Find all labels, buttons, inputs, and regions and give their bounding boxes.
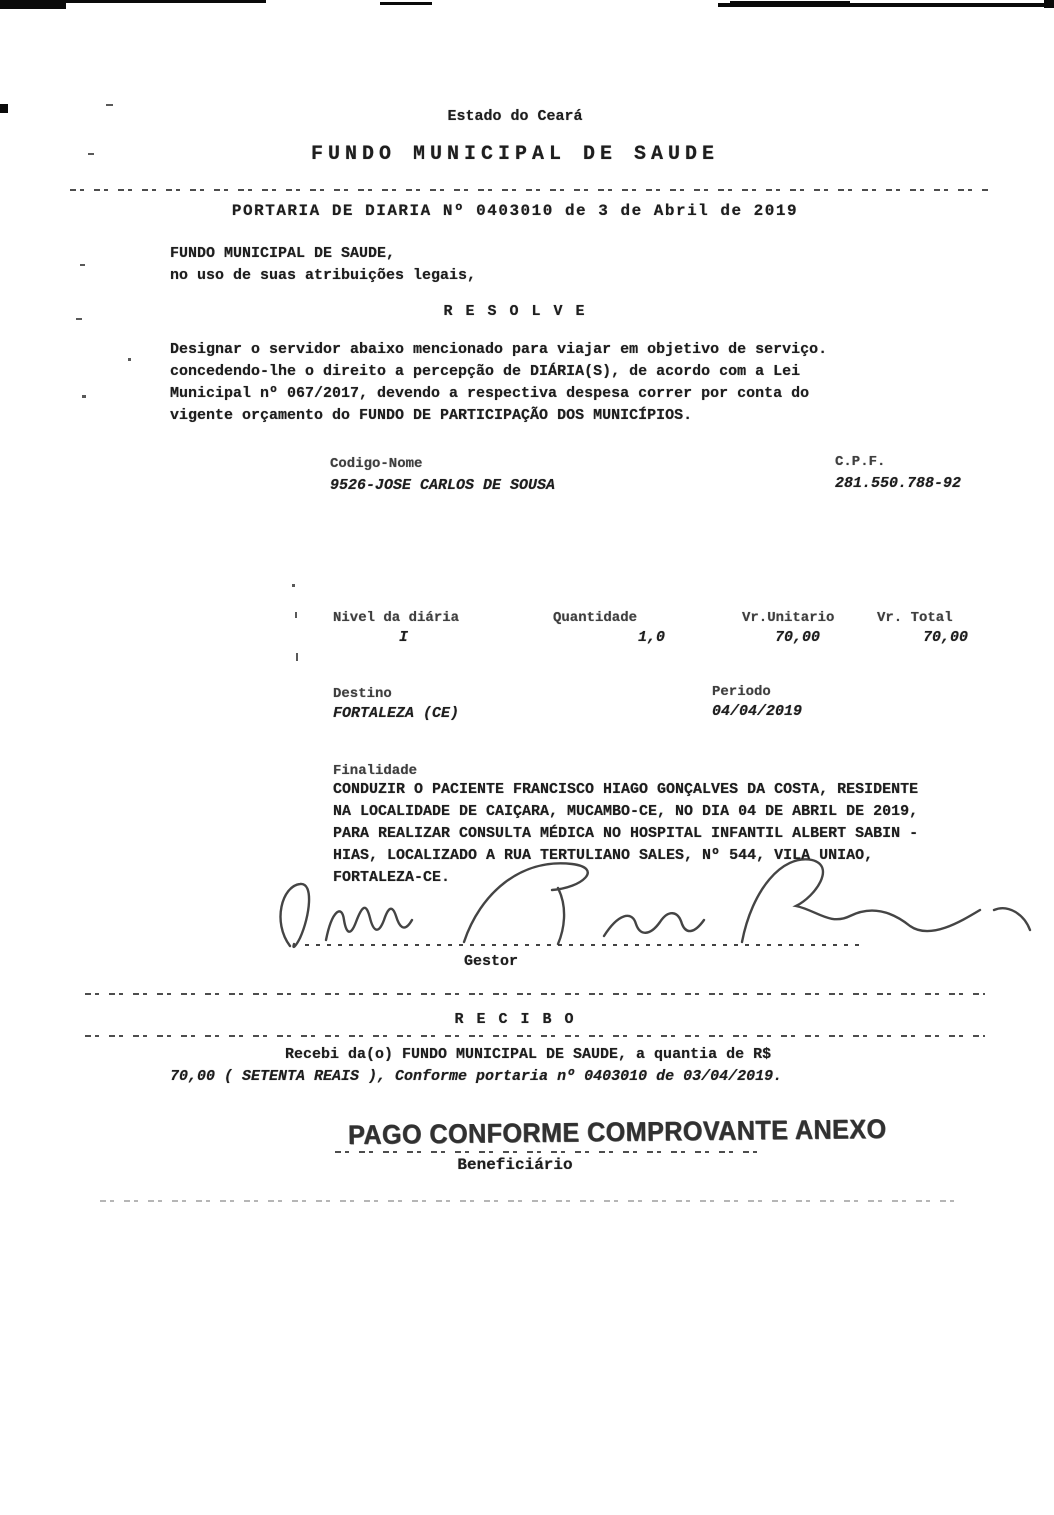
cpf-label: C.P.F. — [835, 454, 885, 471]
resolution-line: Designar o servidor abaixo mencionado pa… — [170, 341, 827, 358]
cpf-value: 281.550.788-92 — [835, 475, 961, 492]
scan-speck — [128, 358, 131, 361]
scan-artifact-top-left-block — [0, 0, 66, 9]
beneficiary-signature-line — [335, 1151, 757, 1153]
recibo-heading: R E C I B O — [0, 1011, 1030, 1028]
scan-artifact-top-line-2 — [380, 2, 432, 5]
paid-stamp: PAGO CONFORME COMPROVANTE ANEXO — [348, 1114, 887, 1151]
period-label: Periodo — [712, 684, 771, 701]
preamble-org-line: FUNDO MUNICIPAL DE SAUDE, — [170, 245, 395, 262]
destination-label: Destino — [333, 686, 392, 703]
destination-value: FORTALEZA (CE) — [333, 705, 459, 722]
scan-speck — [296, 653, 298, 661]
beneficiary-label: Beneficiário — [0, 1157, 1030, 1174]
document-org-heading: FUNDO MUNICIPAL DE SAUDE — [0, 146, 1030, 163]
table-cell-vr-total: 70,00 — [868, 629, 968, 646]
scan-artifact-top-right — [1044, 0, 1054, 8]
scan-speck — [82, 395, 86, 398]
portaria-title: PORTARIA DE DIARIA Nº 0403010 de 3 de Ab… — [0, 203, 1030, 220]
resolution-line: vigente orçamento do FUNDO DE PARTICIPAÇ… — [170, 407, 692, 424]
receipt-line: Recebi da(o) FUNDO MUNICIPAL DE SAUDE, a… — [285, 1046, 771, 1063]
dashed-separator-header — [70, 189, 990, 191]
table-cell-nivel: I — [333, 629, 408, 646]
purpose-line: NA LOCALIDADE DE CAIÇARA, MUCAMBO-CE, NO… — [333, 803, 918, 820]
resolution-line: concedendo-lhe o direito a percepção de … — [170, 363, 800, 380]
purpose-line: CONDUZIR O PACIENTE FRANCISCO HIAGO GONÇ… — [333, 781, 918, 798]
scanned-document-page: Estado do Ceará FUNDO MUNICIPAL DE SAUDE… — [0, 0, 1054, 1515]
table-cell-vr-unitario: 70,00 — [720, 629, 820, 646]
table-cell-quantidade: 1,0 — [553, 629, 665, 646]
receipt-line: 70,00 ( SETENTA REAIS ), Conforme portar… — [170, 1068, 782, 1085]
dashed-separator-footer — [100, 1200, 960, 1202]
resolve-heading: R E S O L V E — [0, 303, 1030, 320]
scan-speck — [80, 264, 85, 266]
purpose-label: Finalidade — [333, 763, 417, 780]
table-header-vr-unitario: Vr.Unitario — [742, 610, 834, 627]
code-name-label: Codigo-Nome — [330, 456, 422, 473]
scan-artifact-top-line-4 — [730, 1, 850, 7]
signature-role-label: Gestor — [464, 953, 518, 970]
resolution-line: Municipal nº 067/2017, devendo a respect… — [170, 385, 809, 402]
scan-speck — [295, 612, 297, 618]
scan-speck — [292, 584, 295, 587]
code-name-value: 9526-JOSE CARLOS DE SOUSA — [330, 477, 555, 494]
scan-speck — [106, 104, 113, 106]
document-state-heading: Estado do Ceará — [0, 108, 1030, 125]
table-header-nivel: Nivel da diária — [333, 610, 459, 627]
period-value: 04/04/2019 — [712, 703, 802, 720]
table-header-quantidade: Quantidade — [553, 610, 637, 627]
dashed-separator-recibo-top — [85, 993, 985, 995]
table-header-vr-total: Vr. Total — [877, 610, 953, 627]
preamble-attribution-line: no uso de suas atribuições legais, — [170, 267, 476, 284]
signature-line — [305, 944, 861, 946]
purpose-line: PARA REALIZAR CONSULTA MÉDICA NO HOSPITA… — [333, 825, 918, 842]
scan-artifact-top-line-1 — [66, 0, 266, 3]
dashed-separator-recibo-bottom — [85, 1035, 985, 1037]
